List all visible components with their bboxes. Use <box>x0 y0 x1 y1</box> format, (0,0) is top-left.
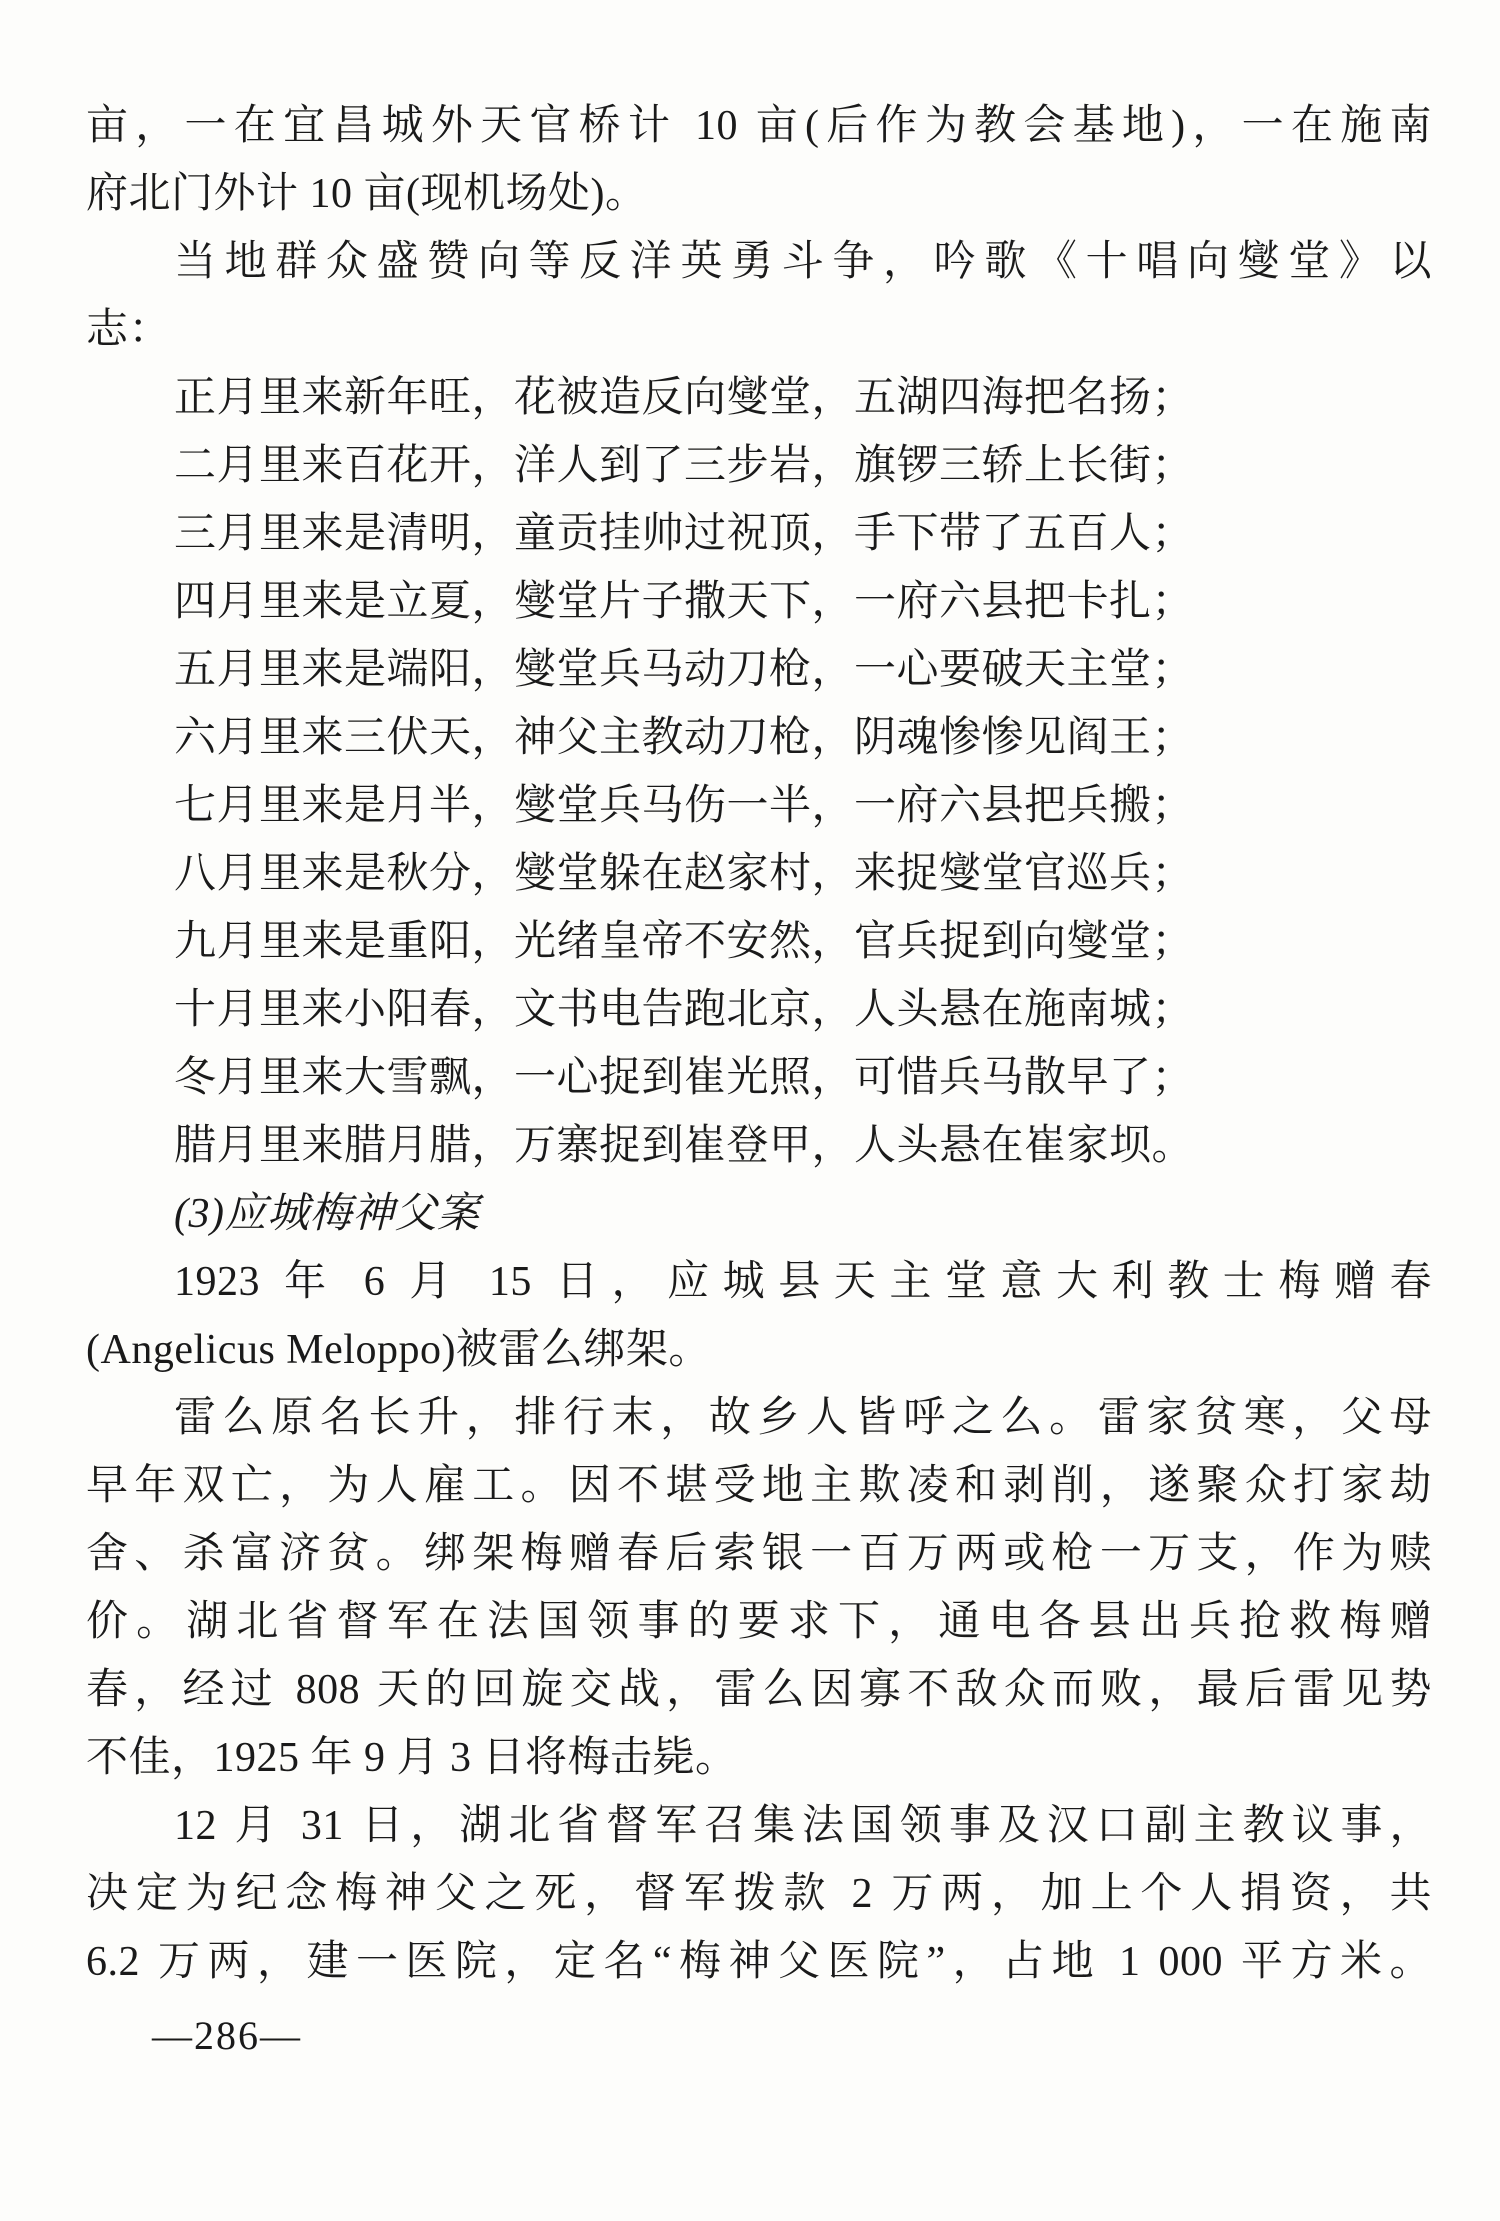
paragraph-line: 府北门外计 10 亩(现机场处)。 <box>86 160 1432 228</box>
paragraph-line: 决定为纪念梅神父之死，督军拨款 2 万两，加上个人捐资，共 <box>86 1860 1432 1928</box>
paragraph-line: 志： <box>86 296 1432 364</box>
book-page: 亩，一在宜昌城外天官桥计 10 亩(后作为教会基地)，一在施南 府北门外计 10… <box>0 0 1500 2221</box>
poem-line: 三月里来是清明，童贡挂帅过祝顶，手下带了五百人； <box>86 500 1432 568</box>
paragraph-line: 不佳，1925 年 9 月 3 日将梅击毙。 <box>86 1724 1432 1792</box>
paragraph-line: 早年双亡，为人雇工。因不堪受地主欺凌和剥削，遂聚众打家劫 <box>86 1452 1432 1520</box>
poem-line: 九月里来是重阳，光绪皇帝不安然，官兵捉到向燮堂； <box>86 908 1432 976</box>
poem-line: 冬月里来大雪飘，一心捉到崔光照，可惜兵马散早了； <box>86 1044 1432 1112</box>
poem-line: 七月里来是月半，燮堂兵马伤一半，一府六县把兵搬； <box>86 772 1432 840</box>
paragraph-line: 12 月 31 日，湖北省督军召集法国领事及汉口副主教议事， <box>86 1792 1432 1860</box>
paragraph-line: 雷么原名长升，排行末，故乡人皆呼之么。雷家贫寒，父母 <box>86 1384 1432 1452</box>
paragraph-line: 亩，一在宜昌城外天官桥计 10 亩(后作为教会基地)，一在施南 <box>86 92 1432 160</box>
poem-line: 二月里来百花开，洋人到了三步岩，旗锣三轿上长街； <box>86 432 1432 500</box>
poem-line: 正月里来新年旺，花被造反向燮堂，五湖四海把名扬； <box>86 364 1432 432</box>
paragraph-line: 6.2 万两，建一医院，定名“梅神父医院”，占地 1 000 平方米。 <box>86 1928 1432 1996</box>
poem-line: 四月里来是立夏，燮堂片子撒天下，一府六县把卡扎； <box>86 568 1432 636</box>
paragraph-line: 价。湖北省督军在法国领事的要求下，通电各县出兵抢救梅赠 <box>86 1588 1432 1656</box>
paragraph-line: 1923 年 6 月 15 日，应城县天主堂意大利教士梅赠春 <box>86 1248 1432 1316</box>
footer-page-number: —286— <box>152 2012 302 2060</box>
poem-line: 六月里来三伏天，神父主教动刀枪，阴魂惨惨见阎王； <box>86 704 1432 772</box>
poem-line: 腊月里来腊月腊，万寨捉到崔登甲，人头悬在崔家坝。 <box>86 1112 1432 1180</box>
poem-line: 八月里来是秋分，燮堂躲在赵家村，来捉燮堂官巡兵； <box>86 840 1432 908</box>
section-heading: (3)应城梅神父案 <box>86 1180 1432 1248</box>
paragraph-line: 当地群众盛赞向等反洋英勇斗争，吟歌《十唱向燮堂》以 <box>86 228 1432 296</box>
poem-line: 十月里来小阳春，文书电告跑北京，人头悬在施南城； <box>86 976 1432 1044</box>
paragraph-line: 舍、杀富济贫。绑架梅赠春后索银一百万两或枪一万支，作为赎 <box>86 1520 1432 1588</box>
paragraph-line: (Angelicus Meloppo)被雷么绑架。 <box>86 1316 1432 1384</box>
paragraph-line: 春，经过 808 天的回旋交战，雷么因寡不敌众而败，最后雷见势 <box>86 1656 1432 1724</box>
text-block: 亩，一在宜昌城外天官桥计 10 亩(后作为教会基地)，一在施南 府北门外计 10… <box>86 92 1432 1996</box>
poem-line: 五月里来是端阳，燮堂兵马动刀枪，一心要破天主堂； <box>86 636 1432 704</box>
